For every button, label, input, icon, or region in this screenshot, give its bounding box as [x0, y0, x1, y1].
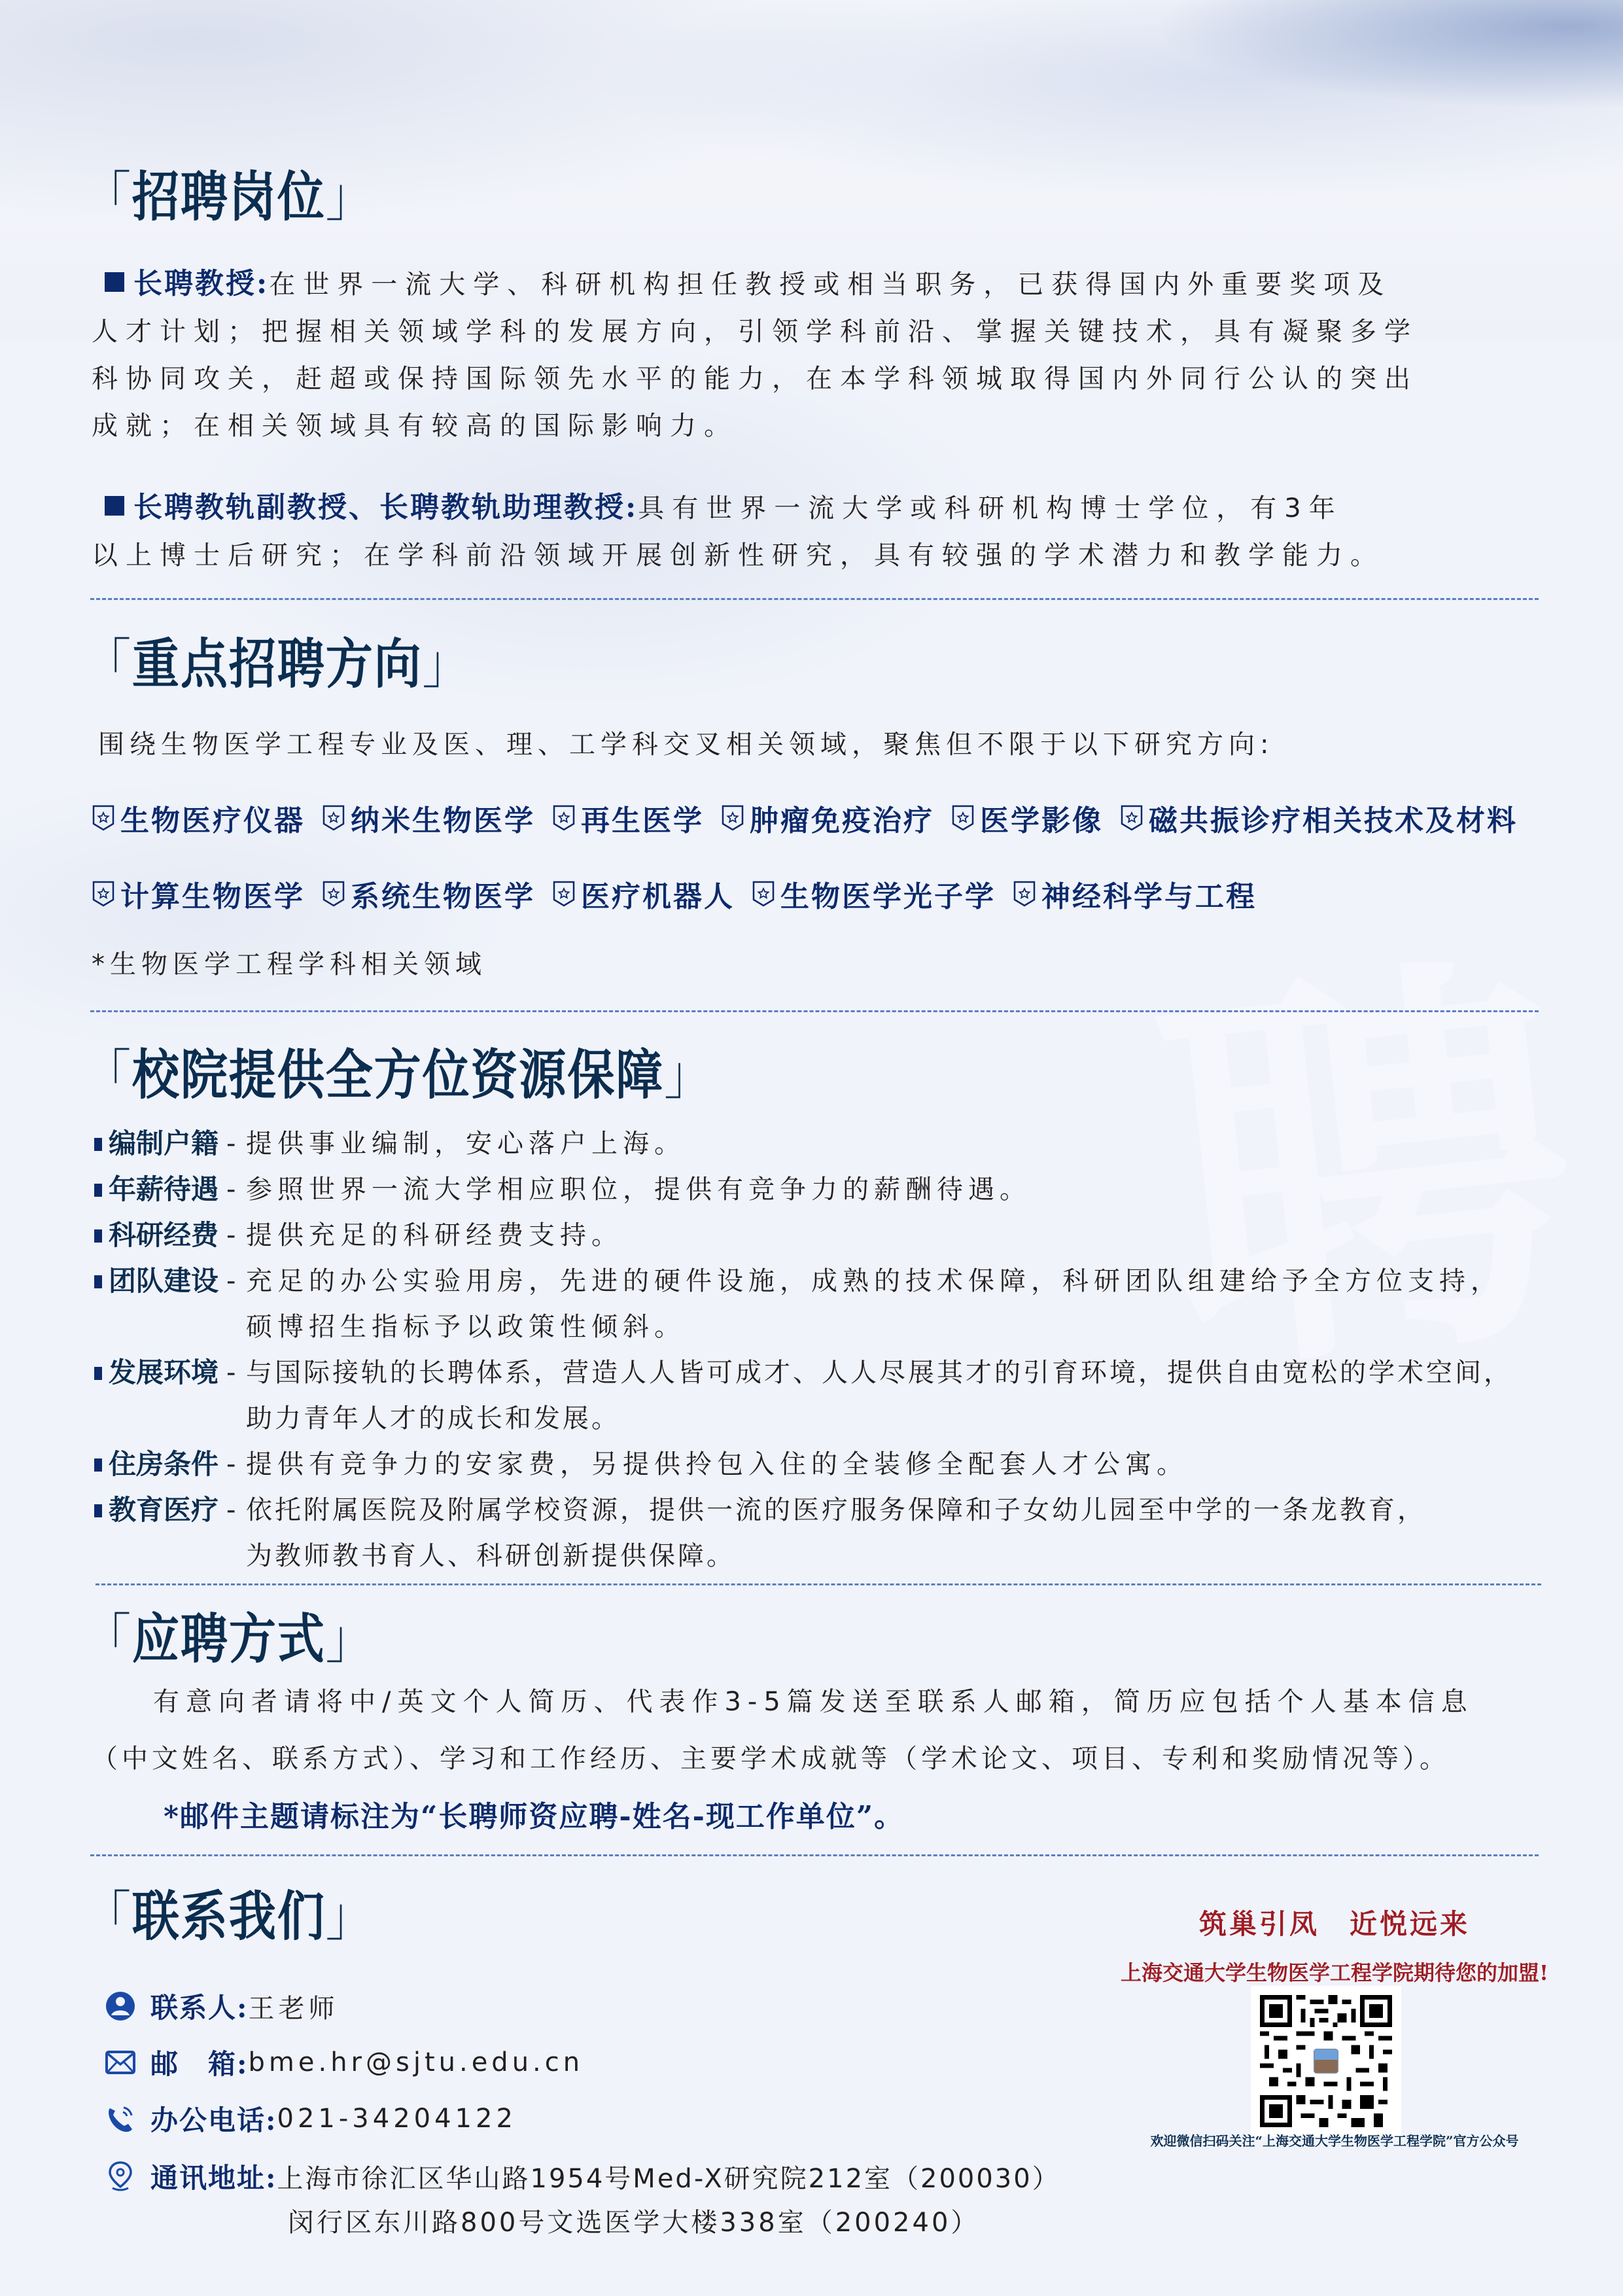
resource-key: 科研经费 [109, 1212, 226, 1258]
bullet-icon [94, 1138, 102, 1151]
contact-address-line2: 闵行区东川路800号文选医学大楼338室（200240） [288, 2202, 979, 2239]
bracket-open: 「 [84, 1044, 132, 1106]
section-title-positions: 「招聘岗位」 [84, 154, 374, 231]
section-divider [96, 1583, 1541, 1585]
bullet-icon [94, 1504, 102, 1517]
resource-item: 教育医疗 - 依托附属医院及附属学校资源，提供一流的医疗服务保障和子女幼儿园至中… [92, 1487, 1596, 1579]
shield-star-icon [322, 880, 345, 908]
resource-separator: - [226, 1350, 246, 1396]
title-text: 应聘方式 [132, 1608, 326, 1670]
contact-key: 通讯地址: [150, 2157, 277, 2196]
shield-star-icon [552, 880, 576, 908]
resource-separator: - [226, 1167, 246, 1212]
section-title-directions: 「重点招聘方向」 [84, 622, 470, 698]
position-text: 人才计划；把握相关领域学科的发展方向，引领学科前沿、掌握关键技术，具有凝聚多学 [92, 308, 1557, 355]
direction-label: 生物医疗仪器 [120, 797, 305, 839]
resource-separator: - [226, 1212, 246, 1258]
shield-star-icon [1120, 804, 1143, 832]
qr-code-icon [1260, 1995, 1392, 2127]
resource-separator: - [226, 1441, 246, 1487]
bracket-open: 「 [84, 1886, 132, 1948]
shield-star-icon [752, 880, 775, 908]
position-text: 在世界一流大学、科研机构担任教授或相当职务，已获得国内外重要奖项及 [269, 270, 1391, 300]
bracket-close: 」 [422, 633, 470, 696]
resource-line: 与国际接轨的长聘体系，营造人人皆可成才、人人尽展其才的引育环境，提供自由宽松的学… [246, 1350, 1512, 1396]
position-item-professor: 长聘教授:在世界一流大学、科研机构担任教授或相当职务，已获得国内外重要奖项及 人… [92, 260, 1557, 450]
resource-value: 依托附属医院及附属学校资源，提供一流的医疗服务保障和子女幼儿园至中学的一条龙教育… [246, 1487, 1426, 1579]
resource-line: 参照世界一流大学相应职位，提供有竞争力的薪酬待遇。 [246, 1167, 1031, 1212]
resource-key: 编制户籍 [109, 1121, 226, 1167]
shield-star-icon [92, 880, 115, 908]
direction-item: 磁共振诊疗相关技术及材料 [1120, 797, 1518, 839]
direction-label: 磁共振诊疗相关技术及材料 [1149, 797, 1518, 839]
wechat-qr-code[interactable] [1251, 1986, 1401, 2136]
direction-label: 医学影像 [980, 797, 1103, 839]
section-title-resources: 「校院提供全方位资源保障」 [84, 1033, 712, 1109]
qr-caption: 欢迎微信扫码关注“上海交通大学生物医学工程学院”官方公众号 [1073, 2130, 1596, 2149]
resource-value: 与国际接轨的长聘体系，营造人人皆可成才、人人尽展其才的引育环境，提供自由宽松的学… [246, 1350, 1512, 1441]
direction-label: 纳米生物医学 [351, 797, 535, 839]
bullet-icon [94, 1458, 102, 1472]
resource-key: 住房条件 [109, 1441, 226, 1487]
title-text: 校院提供全方位资源保障 [132, 1044, 664, 1106]
direction-label: 生物医学光子学 [780, 873, 996, 915]
bullet-icon [94, 1184, 102, 1197]
location-pin-icon [105, 2161, 136, 2192]
resource-value: 提供事业编制，安心落户上海。 [246, 1121, 686, 1167]
position-text: 成就；在相关领域具有较高的国际影响力。 [92, 402, 1557, 450]
contact-phone-row: 办公电话: 021-34204122 [105, 2099, 517, 2138]
position-label: 长聘教轨副教授、长聘教轨助理教授: [133, 491, 638, 524]
bracket-close: 」 [326, 1608, 374, 1670]
resource-value: 提供有竞争力的安家费，另提供拎包入住的全装修全配套人才公寓。 [246, 1441, 1188, 1487]
title-text: 重点招聘方向 [132, 633, 423, 696]
mail-icon [105, 2047, 136, 2078]
resource-item: 科研经费 - 提供充足的科研经费支持。 [92, 1212, 1596, 1258]
resource-key: 年薪待遇 [109, 1167, 226, 1212]
phone-icon [105, 2103, 136, 2134]
resource-key: 团队建设 [109, 1258, 226, 1304]
resource-key: 教育医疗 [109, 1487, 226, 1533]
contact-email-link[interactable]: bme.hr@sjtu.edu.cn [249, 2047, 584, 2077]
direction-label: 医疗机器人 [581, 873, 735, 915]
direction-label: 系统生物医学 [351, 873, 535, 915]
shield-star-icon [92, 804, 115, 832]
resource-line: 硕博招生指标予以政策性倾斜。 [246, 1304, 1502, 1350]
direction-item: 肿瘤免疫治疗 [721, 797, 934, 839]
shield-star-icon [322, 804, 345, 832]
position-line: 长聘教授:在世界一流大学、科研机构担任教授或相当职务，已获得国内外重要奖项及 [92, 260, 1557, 308]
email-subject-note: *邮件主题请标注为“长聘师资应聘-姓名-现工作单位”。 [164, 1793, 904, 1835]
shield-star-icon [951, 804, 975, 832]
section-divider [90, 1010, 1539, 1012]
shield-star-icon [552, 804, 576, 832]
resource-value: 提供充足的科研经费支持。 [246, 1212, 623, 1258]
direction-label: 神经科学与工程 [1041, 873, 1257, 915]
directions-note: *生物医学工程学科相关领域 [92, 941, 487, 988]
bracket-open: 「 [84, 633, 132, 696]
contact-address-value: 上海市徐汇区华山路1954号Med-X研究院212室（200030） [277, 2158, 1060, 2195]
resource-separator: - [226, 1258, 246, 1304]
resource-line: 提供事业编制，安心落户上海。 [246, 1121, 686, 1167]
bracket-open: 「 [84, 166, 132, 228]
direction-item: 医学影像 [951, 797, 1103, 839]
contact-key: 办公电话: [150, 2099, 277, 2138]
bullet-icon [94, 1275, 102, 1288]
direction-item: 生物医学光子学 [752, 873, 996, 915]
section-divider [90, 1854, 1539, 1856]
resource-line: 助力青年人才的成长和发展。 [246, 1396, 1512, 1441]
position-text: 科协同攻关，赶超或保持国际领先水平的能力，在本学科领城取得国内外同行公认的突出 [92, 355, 1557, 402]
square-bullet-icon [105, 496, 124, 516]
resource-separator: - [226, 1487, 246, 1533]
resource-line: 提供充足的科研经费支持。 [246, 1212, 623, 1258]
contact-address-row: 通讯地址: 上海市徐汇区华山路1954号Med-X研究院212室（200030） [105, 2157, 1060, 2196]
bullet-icon [94, 1367, 102, 1380]
invite-text: 上海交通大学生物医学工程学院期待您的加盟! [1073, 1956, 1596, 1987]
bracket-close: 」 [326, 166, 374, 228]
directions-intro: 围绕生物医学工程专业及医、理、工学科交叉相关领域，聚焦但不限于以下研究方向: [98, 721, 1274, 768]
bracket-close: 」 [664, 1044, 712, 1106]
square-bullet-icon [105, 272, 124, 292]
position-item-tenure-track: 长聘教轨副教授、长聘教轨助理教授:具有世界一流大学或科研机构博士学位，有3年 以… [92, 484, 1557, 579]
directions-row-1: 生物医疗仪器 纳米生物医学 再生医学 肿瘤免疫治疗 医学影像 磁共振诊疗相关技术… [92, 797, 1518, 839]
position-line: 长聘教轨副教授、长聘教轨助理教授:具有世界一流大学或科研机构博士学位，有3年 [92, 484, 1557, 532]
direction-item: 再生医学 [552, 797, 704, 839]
person-icon [105, 1990, 136, 2022]
resource-separator: - [226, 1121, 246, 1167]
apply-instructions-line: （中文姓名、联系方式）、学习和工作经历、主要学术成就等（学术论文、项目、专利和奖… [92, 1735, 1450, 1782]
shield-star-icon [1013, 880, 1036, 908]
resource-value: 充足的办公实验用房，先进的硬件设施，成熟的技术保障，科研团队组建给予全方位支持，… [246, 1258, 1502, 1350]
contact-email-row: 邮 箱: bme.hr@sjtu.edu.cn [105, 2043, 584, 2082]
contact-person-row: 联系人: 王老师 [105, 1987, 339, 2026]
shield-star-icon [721, 804, 744, 832]
title-text: 联系我们 [132, 1885, 326, 1948]
direction-item: 系统生物医学 [322, 873, 535, 915]
resource-line: 为教师教书育人、科研创新提供保障。 [246, 1533, 1426, 1579]
resource-item: 发展环境 - 与国际接轨的长聘体系，营造人人皆可成才、人人尽展其才的引育环境，提… [92, 1350, 1596, 1441]
resource-item: 住房条件 - 提供有竞争力的安家费，另提供拎包入住的全装修全配套人才公寓。 [92, 1441, 1596, 1487]
direction-item: 神经科学与工程 [1013, 873, 1257, 915]
direction-label: 再生医学 [581, 797, 704, 839]
resource-item: 编制户籍 - 提供事业编制，安心落户上海。 [92, 1121, 1596, 1167]
contact-key: 邮 箱: [150, 2043, 249, 2082]
recruitment-page: 「招聘岗位」 长聘教授:在世界一流大学、科研机构担任教授或相当职务，已获得国内外… [0, 0, 1623, 2296]
contact-phone-value[interactable]: 021-34204122 [277, 2104, 517, 2134]
contact-key: 联系人: [150, 1987, 249, 2026]
resource-item: 团队建设 - 充足的办公实验用房，先进的硬件设施，成熟的技术保障，科研团队组建给… [92, 1258, 1596, 1350]
resource-line: 充足的办公实验用房，先进的硬件设施，成熟的技术保障，科研团队组建给予全方位支持， [246, 1258, 1502, 1304]
resources-list: 编制户籍 - 提供事业编制，安心落户上海。 年薪待遇 - 参照世界一流大学相应职… [92, 1121, 1596, 1579]
direction-label: 计算生物医学 [120, 873, 305, 915]
slogan: 筑巢引凤 近悦远来 [1073, 1903, 1596, 1942]
bracket-close: 」 [326, 1886, 374, 1948]
position-text: 具有世界一流大学或科研机构博士学位，有3年 [638, 493, 1342, 523]
direction-item: 生物医疗仪器 [92, 797, 305, 839]
section-title-apply: 「应聘方式」 [84, 1597, 374, 1673]
resource-value: 参照世界一流大学相应职位，提供有竞争力的薪酬待遇。 [246, 1167, 1031, 1212]
apply-instructions-line: 有意向者请将中/英文个人简历、代表作3-5篇发送至联系人邮箱，简历应包括个人基本… [153, 1678, 1474, 1725]
contact-person-value: 王老师 [249, 1988, 339, 2025]
bracket-open: 「 [84, 1608, 132, 1670]
direction-item: 计算生物医学 [92, 873, 305, 915]
direction-item: 纳米生物医学 [322, 797, 535, 839]
resource-item: 年薪待遇 - 参照世界一流大学相应职位，提供有竞争力的薪酬待遇。 [92, 1167, 1596, 1212]
resource-key: 发展环境 [109, 1350, 226, 1396]
position-label: 长聘教授: [133, 267, 269, 300]
direction-item: 医疗机器人 [552, 873, 735, 915]
bullet-icon [94, 1229, 102, 1243]
position-text: 以上博士后研究；在学科前沿领域开展创新性研究，具有较强的学术潜力和教学能力。 [92, 532, 1557, 579]
resource-line: 提供有竞争力的安家费，另提供拎包入住的全装修全配套人才公寓。 [246, 1441, 1188, 1487]
title-text: 招聘岗位 [132, 166, 326, 228]
resource-line: 依托附属医院及附属学校资源，提供一流的医疗服务保障和子女幼儿园至中学的一条龙教育… [246, 1487, 1426, 1533]
section-divider [90, 598, 1539, 600]
section-title-contact: 「联系我们」 [84, 1874, 374, 1951]
directions-row-2: 计算生物医学 系统生物医学 医疗机器人 生物医学光子学 神经科学与工程 [92, 873, 1257, 915]
direction-label: 肿瘤免疫治疗 [750, 797, 934, 839]
